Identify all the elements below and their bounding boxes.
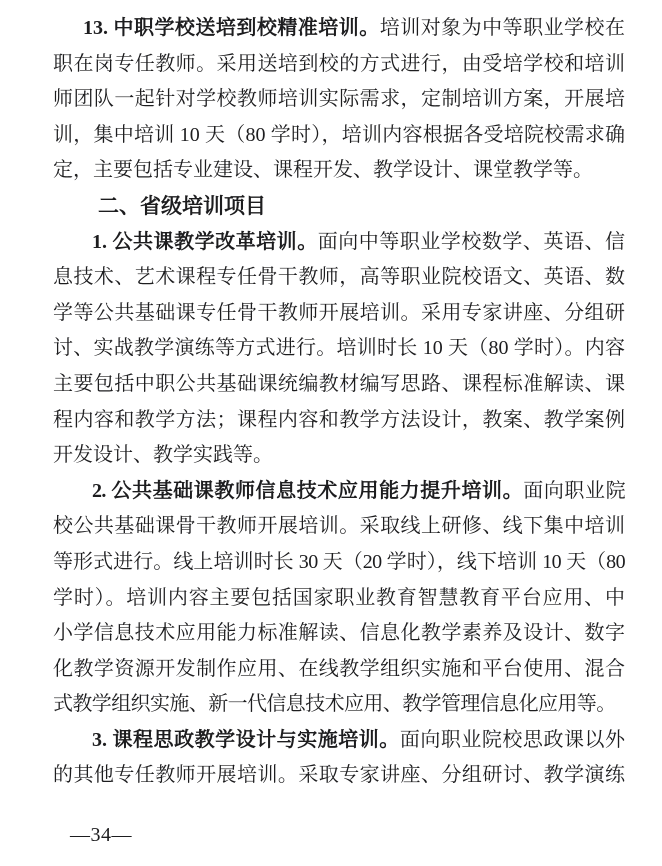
text-line: 小学信息技术应用能力标准解读、信息化教学素养及设计、数字 <box>53 616 625 652</box>
paragraph-1: 1. 公共课教学改革培训。面向中等职业学校数学、英语、信 息技术、艺术课程专任骨… <box>53 225 625 474</box>
paragraph-text: 面向中等职业学校数学、英语、信 <box>318 231 625 253</box>
text-line: 式教学组织实施、新一代信息技术应用、教学管理信息化应用等。 <box>53 687 625 723</box>
text-line: 1. 公共课教学改革培训。面向中等职业学校数学、英语、信 <box>53 225 625 261</box>
text-line: 13. 中职学校送培到校精准培训。培训对象为中等职业学校在 <box>53 11 625 47</box>
text-line: 息技术、艺术课程专任骨干教师，高等职业院校语文、英语、数 <box>53 260 625 296</box>
document-page: 13. 中职学校送培到校精准培训。培训对象为中等职业学校在 职在岗专任教师。采用… <box>0 0 662 866</box>
document-body: 13. 中职学校送培到校精准培训。培训对象为中等职业学校在 职在岗专任教师。采用… <box>53 11 625 794</box>
paragraph-3: 3. 课程思政教学设计与实施培训。面向职业院校思政课以外 的其他专任教师开展培训… <box>53 723 625 794</box>
text-line: 程内容和教学方法；课程内容和教学方法设计，教案、教学案例 <box>53 403 625 439</box>
text-line: 开发设计、教学实践等。 <box>53 438 625 474</box>
text-line: 校公共基础课骨干教师开展培训。采取线上研修、线下集中培训 <box>53 509 625 545</box>
paragraph-text: 培训对象为中等职业学校在 <box>380 17 625 39</box>
text-line: 职在岗专任教师。采用送培到校的方式进行，由受培学校和培训 <box>53 47 625 83</box>
paragraph-lead-title: 2. 公共基础课教师信息技术应用能力提升培训。 <box>92 480 523 502</box>
text-line: 训，集中培训 10 天（80 学时），培训内容根据各受培院校需求确 <box>53 118 625 154</box>
text-line: 的其他专任教师开展培训。采取专家讲座、分组研讨、教学演练 <box>53 758 625 794</box>
text-line: 讨、实战教学演练等方式进行。培训时长 10 天（80 学时）。内容 <box>53 331 625 367</box>
paragraph-2: 2. 公共基础课教师信息技术应用能力提升培训。面向职业院 校公共基础课骨干教师开… <box>53 474 625 723</box>
text-line: 等形式进行。线上培训时长 30 天（20 学时），线下培训 10 天（80 <box>53 545 625 581</box>
paragraph-lead-title: 13. 中职学校送培到校精准培训。 <box>83 17 380 39</box>
text-line: 主要包括中职公共基础课统编教材编写思路、课程标准解读、课 <box>53 367 625 403</box>
paragraph-13: 13. 中职学校送培到校精准培训。培训对象为中等职业学校在 职在岗专任教师。采用… <box>53 11 625 189</box>
paragraph-lead-title: 1. 公共课教学改革培训。 <box>92 231 318 253</box>
text-line: 学等公共基础课专任骨干教师开展培训。采用专家讲座、分组研 <box>53 296 625 332</box>
page-number: —34— <box>70 824 132 847</box>
text-line: 2. 公共基础课教师信息技术应用能力提升培训。面向职业院 <box>53 474 625 510</box>
text-line: 化教学资源开发制作应用、在线教学组织实施和平台使用、混合 <box>53 652 625 688</box>
text-line: 3. 课程思政教学设计与实施培训。面向职业院校思政课以外 <box>53 723 625 759</box>
paragraph-lead-title: 3. 课程思政教学设计与实施培训。 <box>92 729 400 751</box>
paragraph-text: 面向职业院 <box>523 480 625 502</box>
section-heading: 二、省级培训项目 <box>53 189 625 225</box>
text-line: 师团队一起针对学校教师培训实际需求，定制培训方案，开展培 <box>53 82 625 118</box>
paragraph-text: 面向职业院校思政课以外 <box>400 729 625 751</box>
text-line: 定，主要包括专业建设、课程开发、教学设计、课堂教学等。 <box>53 153 625 189</box>
text-line: 学时）。培训内容主要包括国家职业教育智慧教育平台应用、中 <box>53 581 625 617</box>
